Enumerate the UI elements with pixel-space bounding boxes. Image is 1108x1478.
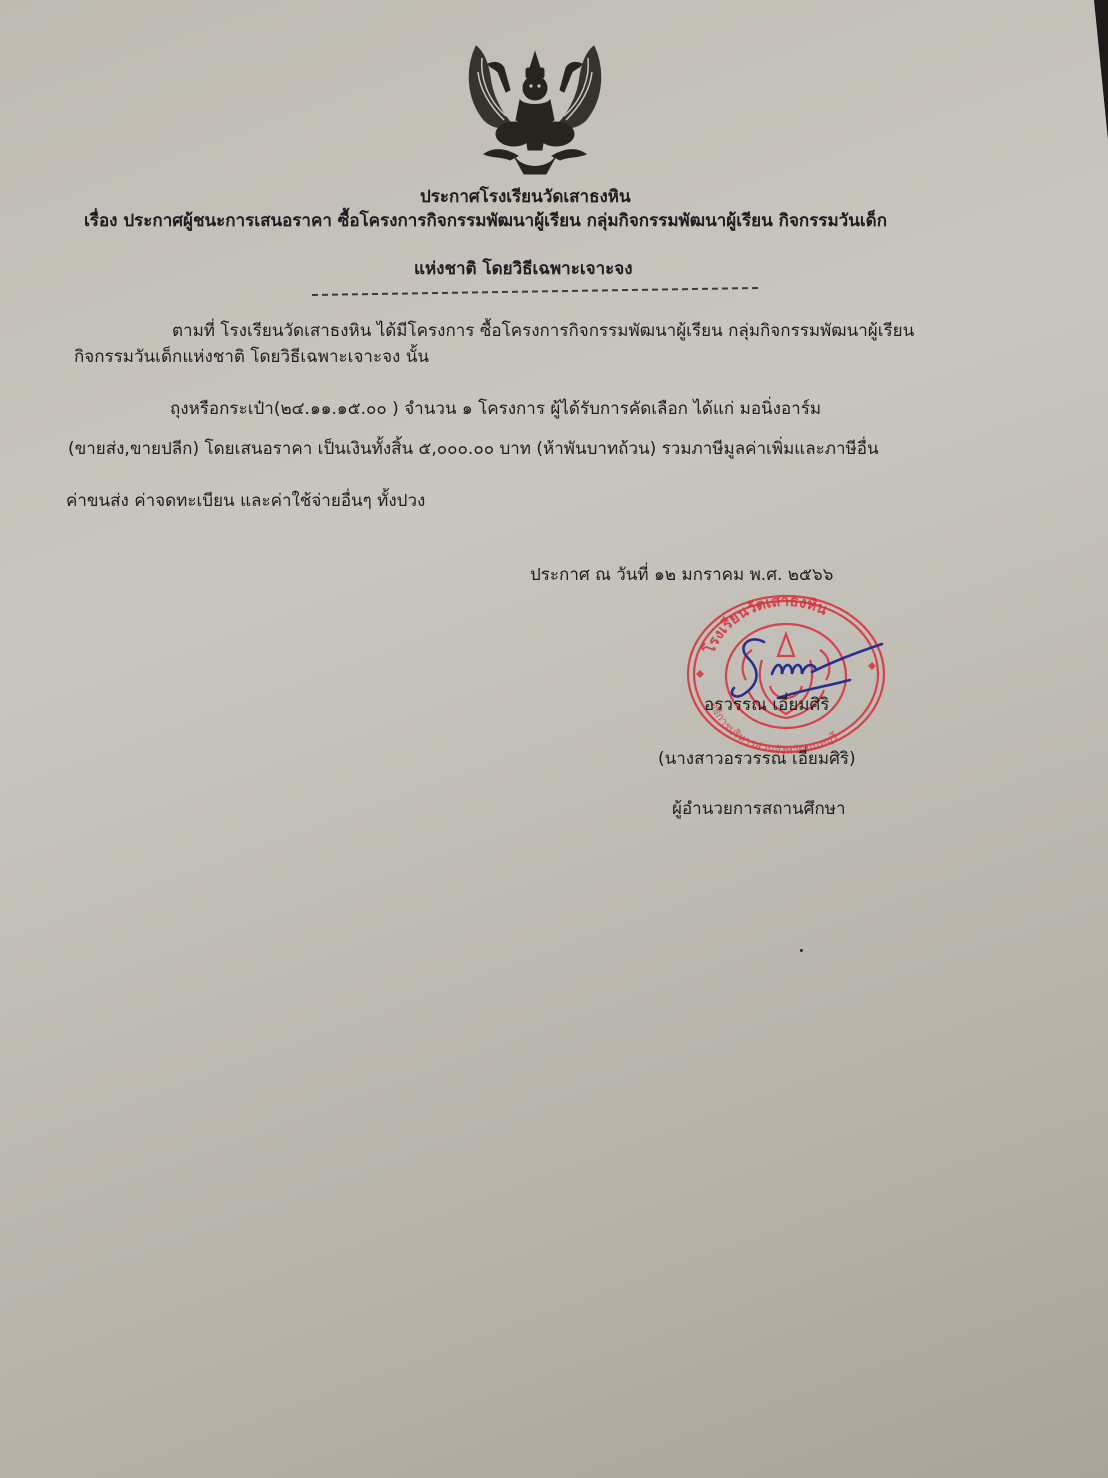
subject-line-1: เรื่อง ประกาศผู้ชนะการเสนอราคา ซื้อโครงก… [84,210,887,232]
subject-line-2: แห่งชาติ โดยวิธีเฉพาะเจาะจง [414,258,633,280]
announcement-title: ประกาศโรงเรียนวัดเสาธงหิน [420,186,631,208]
body-line-5: ค่าขนส่ง ค่าจดทะเบียน และค่าใช้จ่ายอื่นๆ… [66,490,425,512]
signer-name: อรวรรณ เอี่ยมศิริ [704,694,829,716]
svg-text:โรงเรียนวัดเสาธงหิน: โรงเรียนวัดเสาธงหิน [699,592,831,658]
document-page: ประกาศโรงเรียนวัดเสาธงหิน เรื่อง ประกาศผ… [0,0,1108,1478]
body-line-3: ถุงหรือกระเป๋า(๒๔.๑๑.๑๕.๐๐ ) จำนวน ๑ โคร… [170,398,821,420]
garuda-emblem-icon [462,38,608,178]
signature-icon [732,639,882,698]
body-line-2: กิจกรรมวันเด็กแห่งชาติ โดยวิธีเฉพาะเจาะจ… [74,346,429,368]
body-line-1: ตามที่ โรงเรียนวัดเสาธงหิน ได้มีโครงการ … [172,320,914,342]
announcement-date: ประกาศ ณ วันที่ ๑๒ มกราคม พ.ศ. ๒๕๖๖ [530,564,833,586]
signer-full-name: (นางสาวอรวรรณ เอี่ยมศิริ) [658,748,856,770]
body-line-4: (ขายส่ง,ขายปลีก) โดยเสนอราคา เป็นเงินทั้… [68,438,879,460]
school-seal-stamp-icon: โรงเรียนวัดเสาธงหิน อธิการบริหารส่วนจังห… [682,590,890,758]
divider-line [312,287,758,296]
signer-position: ผู้อำนวยการสถานศึกษา [672,798,846,820]
paper-speck [800,949,803,952]
